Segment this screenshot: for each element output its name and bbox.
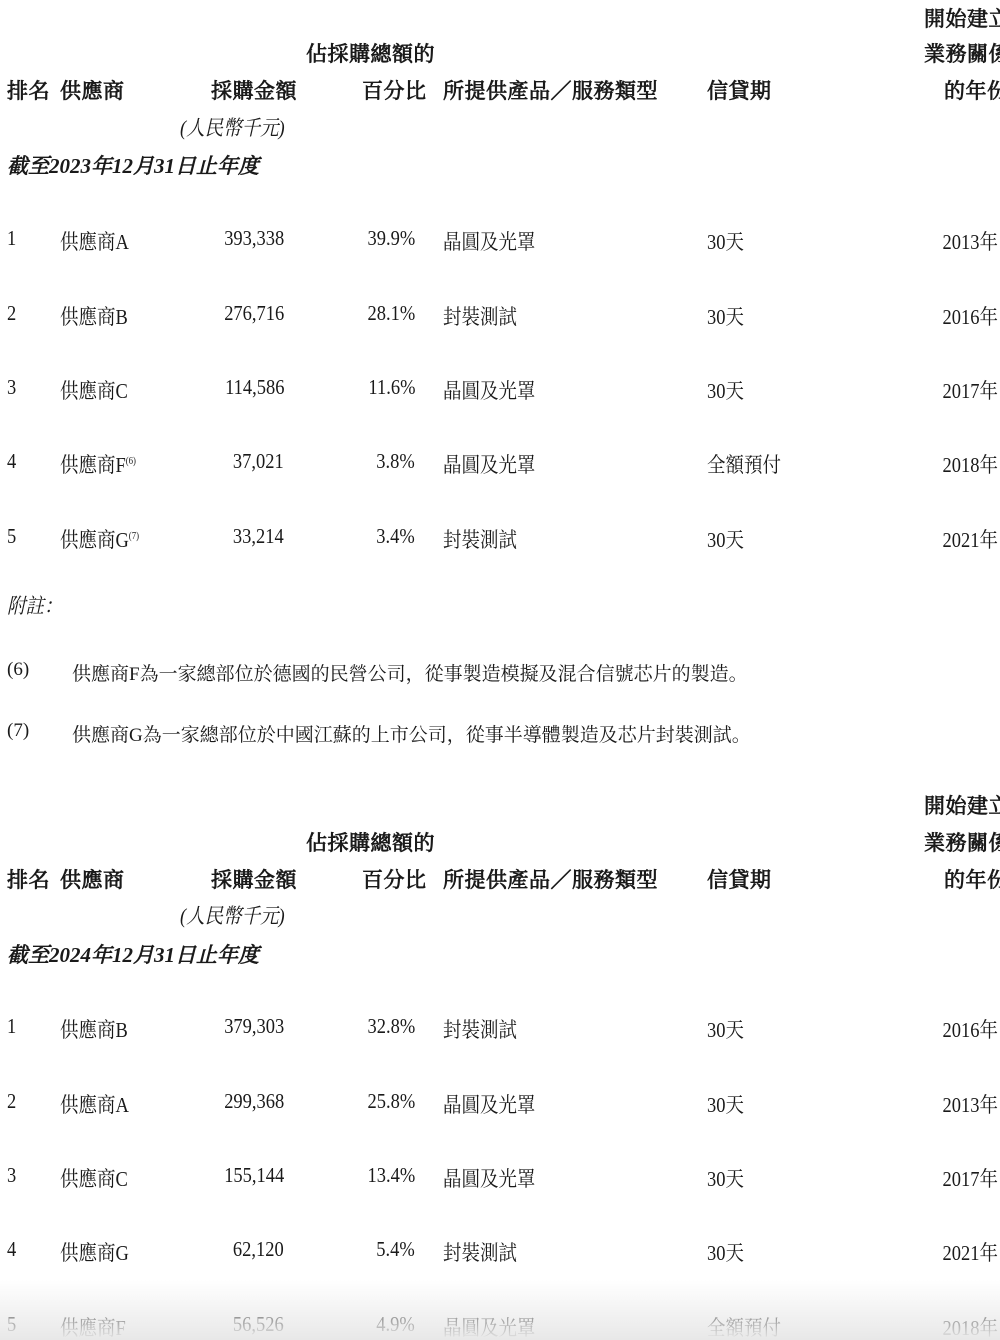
rank-cell: 3 xyxy=(7,1163,16,1188)
credit-cell: 30天 xyxy=(707,375,744,405)
footnote-number: (6) xyxy=(7,659,29,681)
header-year-line2: 業務關係 xyxy=(924,827,1000,857)
year-cell: 2013年 xyxy=(943,1089,998,1119)
header-rank: 排名 xyxy=(7,75,50,105)
header-pct-line1: 佔採購總額的 xyxy=(306,38,435,68)
supplier-cell: 供應商C xyxy=(60,1163,128,1193)
header-supplier: 供應商 xyxy=(60,864,125,894)
supplier-cell: 供應商F xyxy=(60,1312,126,1340)
rank-cell: 5 xyxy=(7,524,16,549)
product-cell: 晶圓及光罩 xyxy=(443,449,535,479)
header-rank: 排名 xyxy=(7,864,50,894)
credit-cell: 全額預付 xyxy=(707,1312,781,1340)
credit-cell: 30天 xyxy=(707,301,744,331)
header-pct-line2: 百分比 xyxy=(362,75,427,105)
supplier-cell: 供應商B xyxy=(60,1014,128,1044)
amount-cell: 37,021 xyxy=(233,449,284,474)
product-cell: 晶圓及光罩 xyxy=(443,1163,535,1193)
rank-cell: 1 xyxy=(7,1014,16,1039)
amount-cell: 155,144 xyxy=(224,1163,284,1188)
footnote-ref: (6) xyxy=(126,456,136,467)
rank-cell: 2 xyxy=(7,1089,16,1114)
supplier-cell: 供應商G(7) xyxy=(60,524,139,554)
header-credit: 信貸期 xyxy=(707,864,772,894)
product-cell: 封裝測試 xyxy=(443,1237,517,1267)
year-cell: 2016年 xyxy=(943,1014,998,1044)
year-cell: 2021年 xyxy=(943,524,998,554)
amount-cell: 393,338 xyxy=(224,226,284,251)
header-pct-line1: 佔採購總額的 xyxy=(306,827,435,857)
header-amount: 採購金額 xyxy=(211,75,297,105)
amount-cell: 33,214 xyxy=(233,524,284,549)
rank-cell: 2 xyxy=(7,301,16,326)
period-label: 截至2023年12月31日止年度 xyxy=(7,150,259,180)
pct-cell: 28.1% xyxy=(367,301,415,326)
header-supplier: 供應商 xyxy=(60,75,125,105)
pct-cell: 25.8% xyxy=(367,1089,415,1114)
amount-cell: 276,716 xyxy=(224,301,284,326)
header-product: 所提供產品／服務類型 xyxy=(443,864,658,894)
credit-cell: 30天 xyxy=(707,1163,744,1193)
supplier-cell: 供應商C xyxy=(60,375,128,405)
pct-cell: 32.8% xyxy=(367,1014,415,1039)
pct-cell: 3.8% xyxy=(377,449,416,474)
supplier-cell: 供應商B xyxy=(60,301,128,331)
credit-cell: 30天 xyxy=(707,1089,744,1119)
product-cell: 晶圓及光罩 xyxy=(443,1089,535,1119)
header-year-line3: 的年份 xyxy=(944,864,1000,894)
rank-cell: 1 xyxy=(7,226,16,251)
amount-cell: 56,526 xyxy=(233,1312,284,1337)
header-amount-unit: (人民幣千元) xyxy=(180,112,285,142)
product-cell: 晶圓及光罩 xyxy=(443,375,535,405)
product-cell: 晶圓及光罩 xyxy=(443,1312,535,1340)
credit-cell: 30天 xyxy=(707,524,744,554)
header-credit: 信貸期 xyxy=(707,75,772,105)
notes-title: 附註： xyxy=(7,590,62,620)
product-cell: 封裝測試 xyxy=(443,301,517,331)
amount-cell: 62,120 xyxy=(233,1237,284,1262)
footnote-number: (7) xyxy=(7,720,29,742)
header-product: 所提供產品／服務類型 xyxy=(443,75,658,105)
header-year-line1: 開始建立 xyxy=(924,3,1000,33)
header-amount-unit: (人民幣千元) xyxy=(180,900,285,930)
header-year-line2: 業務關係 xyxy=(924,38,1000,68)
year-cell: 2021年 xyxy=(943,1237,998,1267)
amount-cell: 114,586 xyxy=(225,375,284,400)
pct-cell: 4.9% xyxy=(377,1312,416,1337)
header-year-line3: 的年份 xyxy=(944,75,1000,105)
footnote-text: 供應商G為一家總部位於中國江蘇的上市公司，從事半導體製造及芯片封裝測試。 xyxy=(72,720,751,747)
product-cell: 封裝測試 xyxy=(443,1014,517,1044)
pct-cell: 13.4% xyxy=(367,1163,415,1188)
header-year-line1: 開始建立 xyxy=(924,790,1000,820)
footnote-ref: (7) xyxy=(129,531,139,542)
period-label: 截至2024年12月31日止年度 xyxy=(7,939,259,969)
product-cell: 晶圓及光罩 xyxy=(443,226,535,256)
credit-cell: 30天 xyxy=(707,1014,744,1044)
footnote-text: 供應商F為一家總部位於德國的民營公司，從事製造模擬及混合信號芯片的製造。 xyxy=(72,659,748,686)
year-cell: 2016年 xyxy=(943,301,998,331)
header-pct-line2: 百分比 xyxy=(362,864,427,894)
rank-cell: 5 xyxy=(7,1312,16,1337)
year-cell: 2017年 xyxy=(943,1163,998,1193)
credit-cell: 30天 xyxy=(707,1237,744,1267)
supplier-cell: 供應商G xyxy=(60,1237,129,1267)
year-cell: 2013年 xyxy=(943,226,998,256)
credit-cell: 全額預付 xyxy=(707,449,781,479)
rank-cell: 4 xyxy=(7,1237,16,1262)
header-amount: 採購金額 xyxy=(211,864,297,894)
year-cell: 2017年 xyxy=(943,375,998,405)
product-cell: 封裝測試 xyxy=(443,524,517,554)
year-cell: 2018年 xyxy=(943,1312,998,1340)
year-cell: 2018年 xyxy=(943,449,998,479)
rank-cell: 4 xyxy=(7,449,16,474)
amount-cell: 379,303 xyxy=(224,1014,284,1039)
pct-cell: 11.6% xyxy=(368,375,415,400)
pct-cell: 5.4% xyxy=(377,1237,416,1262)
supplier-cell: 供應商A xyxy=(60,1089,129,1119)
supplier-cell: 供應商A xyxy=(60,226,129,256)
pct-cell: 39.9% xyxy=(367,226,415,251)
amount-cell: 299,368 xyxy=(224,1089,284,1114)
supplier-cell: 供應商F(6) xyxy=(60,449,136,479)
rank-cell: 3 xyxy=(7,375,16,400)
pct-cell: 3.4% xyxy=(377,524,416,549)
credit-cell: 30天 xyxy=(707,226,744,256)
